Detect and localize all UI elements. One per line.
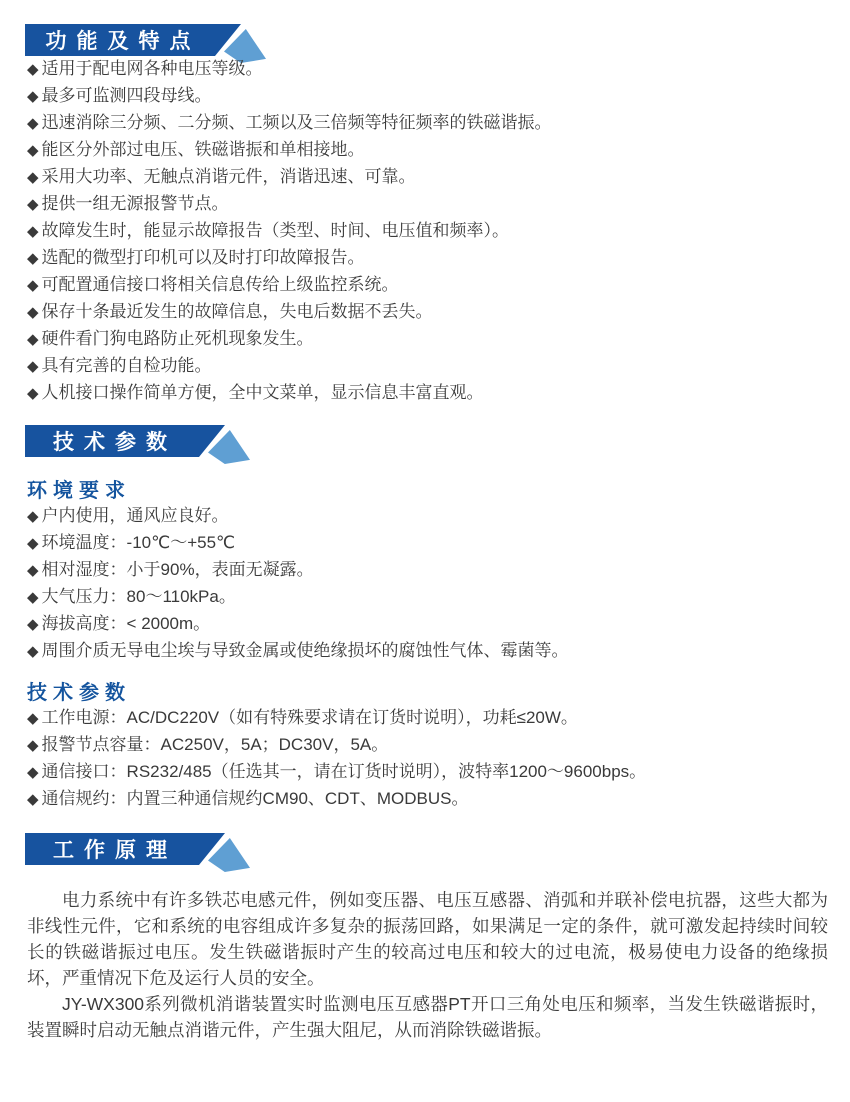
principle-paragraph: JY-WX300系列微机消谐装置实时监测电压互感器PT开口三角处电压和频率，当发…	[27, 991, 828, 1043]
parameter-item-text: 工作电源：AC/DC220V（如有特殊要求请在订货时说明），功耗≤20W。	[42, 708, 578, 727]
feature-item-text: 采用大功率、无触点消谐元件，消谐迅速、可靠。	[42, 167, 416, 186]
diamond-bullet-icon: ◆	[27, 273, 39, 299]
feature-item: ◆提供一组无源报警节点。	[27, 191, 828, 218]
diamond-bullet-icon: ◆	[27, 354, 39, 380]
diamond-bullet-icon: ◆	[27, 381, 39, 407]
principle-banner-bar: 工作原理	[25, 833, 225, 865]
environment-item-text: 海拔高度：< 2000m。	[42, 614, 211, 633]
principle-paragraphs: 电力系统中有许多铁芯电感元件，例如变压器、电压互感器、消弧和并联补偿电抗器，这些…	[27, 887, 828, 1043]
diamond-bullet-icon: ◆	[27, 531, 39, 557]
datasheet-page: 功能及特点 ◆适用于配电网各种电压等级。 ◆最多可监测四段母线。 ◆迅速消除三分…	[0, 0, 850, 1102]
feature-item-text: 适用于配电网各种电压等级。	[42, 59, 263, 78]
feature-item-text: 迅速消除三分频、二分频、工频以及三倍频等特征频率的铁磁谐振。	[42, 113, 552, 132]
diamond-bullet-icon: ◆	[27, 558, 39, 584]
parameters-list: ◆工作电源：AC/DC220V（如有特殊要求请在订货时说明），功耗≤20W。 ◆…	[27, 705, 828, 813]
diamond-bullet-icon: ◆	[27, 111, 39, 137]
environment-item-text: 环境温度：-10℃～+55℃	[42, 533, 236, 552]
feature-item-text: 人机接口操作简单方便，全中文菜单，显示信息丰富直观。	[42, 383, 484, 402]
principle-banner: 工作原理	[25, 833, 828, 865]
parameter-item-text: 报警节点容量：AC250V，5A；DC30V，5A。	[42, 735, 389, 754]
features-banner-bar: 功能及特点	[25, 24, 241, 56]
environment-item: ◆环境温度：-10℃～+55℃	[27, 530, 828, 557]
feature-item: ◆硬件看门狗电路防止死机现象发生。	[27, 326, 828, 353]
parameter-item: ◆通信规约：内置三种通信规约CM90、CDT、MODBUS。	[27, 786, 828, 813]
feature-item: ◆可配置通信接口将相关信息传给上级监控系统。	[27, 272, 828, 299]
diamond-bullet-icon: ◆	[27, 84, 39, 110]
environment-item-text: 大气压力：80～110kPa。	[42, 587, 236, 606]
feature-item-text: 选配的微型打印机可以及时打印故障报告。	[42, 248, 365, 267]
feature-item-text: 保存十条最近发生的故障信息，失电后数据不丢失。	[42, 302, 433, 321]
section-tech-params: 技术参数 环境要求 ◆户内使用，通风应良好。 ◆环境温度：-10℃～+55℃ ◆…	[27, 425, 828, 813]
environment-item: ◆海拔高度：< 2000m。	[27, 611, 828, 638]
feature-item-text: 能区分外部过电压、铁磁谐振和单相接地。	[42, 140, 365, 159]
diamond-bullet-icon: ◆	[27, 706, 39, 732]
parameter-item: ◆工作电源：AC/DC220V（如有特殊要求请在订货时说明），功耗≤20W。	[27, 705, 828, 732]
diamond-bullet-icon: ◆	[27, 787, 39, 813]
diamond-bullet-icon: ◆	[27, 219, 39, 245]
feature-item: ◆选配的微型打印机可以及时打印故障报告。	[27, 245, 828, 272]
diamond-bullet-icon: ◆	[27, 300, 39, 326]
diamond-bullet-icon: ◆	[27, 246, 39, 272]
feature-item-text: 故障发生时，能显示故障报告（类型、时间、电压值和频率）。	[42, 221, 510, 240]
feature-item: ◆采用大功率、无触点消谐元件，消谐迅速、可靠。	[27, 164, 828, 191]
environment-item-text: 周围介质无导电尘埃与导致金属或使绝缘损坏的腐蚀性气体、霉菌等。	[42, 641, 569, 660]
features-banner-title: 功能及特点	[46, 25, 201, 55]
principle-paragraph: 电力系统中有许多铁芯电感元件，例如变压器、电压互感器、消弧和并联补偿电抗器，这些…	[27, 887, 828, 991]
diamond-bullet-icon: ◆	[27, 327, 39, 353]
environment-item: ◆户内使用，通风应良好。	[27, 503, 828, 530]
parameter-item: ◆通信接口：RS232/485（任选其一，请在订货时说明），波特率1200～96…	[27, 759, 828, 786]
environment-item: ◆相对湿度：小于90%，表面无凝露。	[27, 557, 828, 584]
parameters-heading: 技术参数	[27, 681, 828, 705]
environment-item-text: 相对湿度：小于90%，表面无凝露。	[42, 560, 314, 579]
features-list: ◆适用于配电网各种电压等级。 ◆最多可监测四段母线。 ◆迅速消除三分频、二分频、…	[27, 56, 828, 407]
diamond-bullet-icon: ◆	[27, 192, 39, 218]
diamond-bullet-icon: ◆	[27, 612, 39, 638]
feature-item-text: 可配置通信接口将相关信息传给上级监控系统。	[42, 275, 399, 294]
feature-item-text: 提供一组无源报警节点。	[42, 194, 229, 213]
diamond-bullet-icon: ◆	[27, 639, 39, 665]
feature-item: ◆最多可监测四段母线。	[27, 83, 828, 110]
features-banner: 功能及特点	[25, 24, 828, 56]
feature-item: ◆具有完善的自检功能。	[27, 353, 828, 380]
feature-item-text: 硬件看门狗电路防止死机现象发生。	[42, 329, 314, 348]
feature-item: ◆故障发生时，能显示故障报告（类型、时间、电压值和频率）。	[27, 218, 828, 245]
principle-banner-title: 工作原理	[53, 834, 177, 864]
feature-item-text: 具有完善的自检功能。	[42, 356, 212, 375]
parameter-item-text: 通信规约：内置三种通信规约CM90、CDT、MODBUS。	[42, 789, 469, 808]
section-principle: 工作原理 电力系统中有许多铁芯电感元件，例如变压器、电压互感器、消弧和并联补偿电…	[27, 833, 828, 1043]
feature-item: ◆迅速消除三分频、二分频、工频以及三倍频等特征频率的铁磁谐振。	[27, 110, 828, 137]
tech-banner-bar: 技术参数	[25, 425, 225, 457]
feature-item: ◆保存十条最近发生的故障信息，失电后数据不丢失。	[27, 299, 828, 326]
diamond-bullet-icon: ◆	[27, 504, 39, 530]
environment-list: ◆户内使用，通风应良好。 ◆环境温度：-10℃～+55℃ ◆相对湿度：小于90%…	[27, 503, 828, 665]
section-features: 功能及特点 ◆适用于配电网各种电压等级。 ◆最多可监测四段母线。 ◆迅速消除三分…	[27, 24, 828, 407]
environment-item-text: 户内使用，通风应良好。	[42, 506, 229, 525]
diamond-bullet-icon: ◆	[27, 165, 39, 191]
diamond-bullet-icon: ◆	[27, 138, 39, 164]
diamond-bullet-icon: ◆	[27, 585, 39, 611]
diamond-bullet-icon: ◆	[27, 733, 39, 759]
environment-heading: 环境要求	[27, 479, 828, 503]
environment-item: ◆周围介质无导电尘埃与导致金属或使绝缘损坏的腐蚀性气体、霉菌等。	[27, 638, 828, 665]
parameter-item: ◆报警节点容量：AC250V，5A；DC30V，5A。	[27, 732, 828, 759]
parameter-item-text: 通信接口：RS232/485（任选其一，请在订货时说明），波特率1200～960…	[42, 762, 647, 781]
diamond-bullet-icon: ◆	[27, 57, 39, 83]
feature-item: ◆人机接口操作简单方便，全中文菜单，显示信息丰富直观。	[27, 380, 828, 407]
tech-banner: 技术参数	[25, 425, 828, 457]
environment-item: ◆大气压力：80～110kPa。	[27, 584, 828, 611]
feature-item: ◆适用于配电网各种电压等级。	[27, 56, 828, 83]
feature-item: ◆能区分外部过电压、铁磁谐振和单相接地。	[27, 137, 828, 164]
feature-item-text: 最多可监测四段母线。	[42, 86, 212, 105]
tech-banner-title: 技术参数	[53, 426, 177, 456]
diamond-bullet-icon: ◆	[27, 760, 39, 786]
